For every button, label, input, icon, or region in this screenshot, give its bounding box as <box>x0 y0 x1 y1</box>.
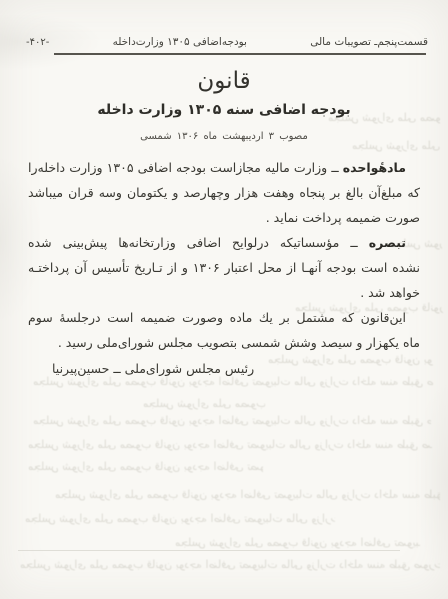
bleed-through-line: مجلس شورای ملی مصوب قانون بودجه اضافی تص… <box>33 413 431 428</box>
running-header: قسمت‌پنجم‌ـ تصویبات مالی بودجه‌اضافی ۱۳۰… <box>20 36 428 48</box>
body-line: نشده است بودجه آنهـا از محل اعتبار ۱۳۰۶ … <box>28 255 420 280</box>
body-line: مادهٔواحده ــ وزارت مالیه مجازاست بودجه … <box>28 155 420 180</box>
body-line: صورت ضمیمه پرداخت نماید . <box>28 205 420 230</box>
header-section-title: قسمت‌پنجم‌ـ تصویبات مالی <box>310 36 428 48</box>
document-body: مادهٔواحده ــ وزارت مالیه مجازاست بودجه … <box>28 155 420 355</box>
paragraph: این‌قانون که مشتمل بر یك ماده وصورت ضمیم… <box>28 305 420 355</box>
scanned-document-page: مجلس شورای ملی مصوب قانون بودجه اضافی تص… <box>0 0 448 599</box>
header-page-number: -۴۰۲- <box>26 37 49 48</box>
paragraph-lead: تبصره <box>369 235 406 250</box>
body-line: خواهد شد . <box>28 280 420 305</box>
bleed-through-line: مجلس شورای ملی مصوب قانون بودجه اضافی تص… <box>28 437 432 452</box>
bleed-through-line: مجلس شورای ملی مصوب قانون بودجه اضافی تص… <box>175 535 420 550</box>
header-rule <box>54 53 426 55</box>
page-content: قسمت‌پنجم‌ـ تصویبات مالی بودجه‌اضافی ۱۳۰… <box>0 0 448 381</box>
body-line: ماه یكهزار و سیصد وشش شمسی بتصویب مجلس ش… <box>28 330 420 355</box>
law-subtitle: بودجه اضافی سنه ۱۳۰۵ وزارت داخله <box>20 102 428 118</box>
paragraph: تبصره ــ مؤسساتیکه درلوایح اضافی وزارتخا… <box>28 230 420 305</box>
paragraph: مادهٔواحده ــ وزارت مالیه مجازاست بودجه … <box>28 155 420 230</box>
bleed-through-line: مجلس شورای ملی مصوب قانون بودجه اضافی تص… <box>55 487 440 502</box>
bleed-through-line: مجلس شورای ملی مصوب قانون بودجه اضافی تص… <box>25 511 335 526</box>
header-subject: بودجه‌اضافی ۱۳۰۵ وزارت‌داخله <box>113 36 247 48</box>
bleed-through-line: مجلس شورای ملی مصوب قانون بودجه اضافی تص… <box>20 557 440 572</box>
bleed-through-line: مجلس شورای ملی مصوب قانون بودجه اضافی تص… <box>28 459 263 474</box>
body-line: تبصره ــ مؤسساتیکه درلوایح اضافی وزارتخا… <box>28 230 420 255</box>
approval-date-line: مصوب ۳ اردیبهشت ماه ۱۳۰۶ شمسی <box>20 131 428 142</box>
bleed-through-rule <box>18 550 400 551</box>
law-title: قانون <box>20 68 428 94</box>
body-line: این‌قانون که مشتمل بر یك ماده وصورت ضمیم… <box>28 305 420 330</box>
body-line: که مبلغ‌آن بالغ بر پنجاه وهفت هزار وچهار… <box>28 180 420 205</box>
signature-line: رئیس مجلس شورای‌ملی ــ حسین‌پیرنیا <box>20 356 428 381</box>
bleed-through-line: مجلس شورای ملی مصوب قانون بودجه اضافی تص… <box>143 396 265 411</box>
paragraph-lead: مادهٔواحده <box>343 160 406 175</box>
